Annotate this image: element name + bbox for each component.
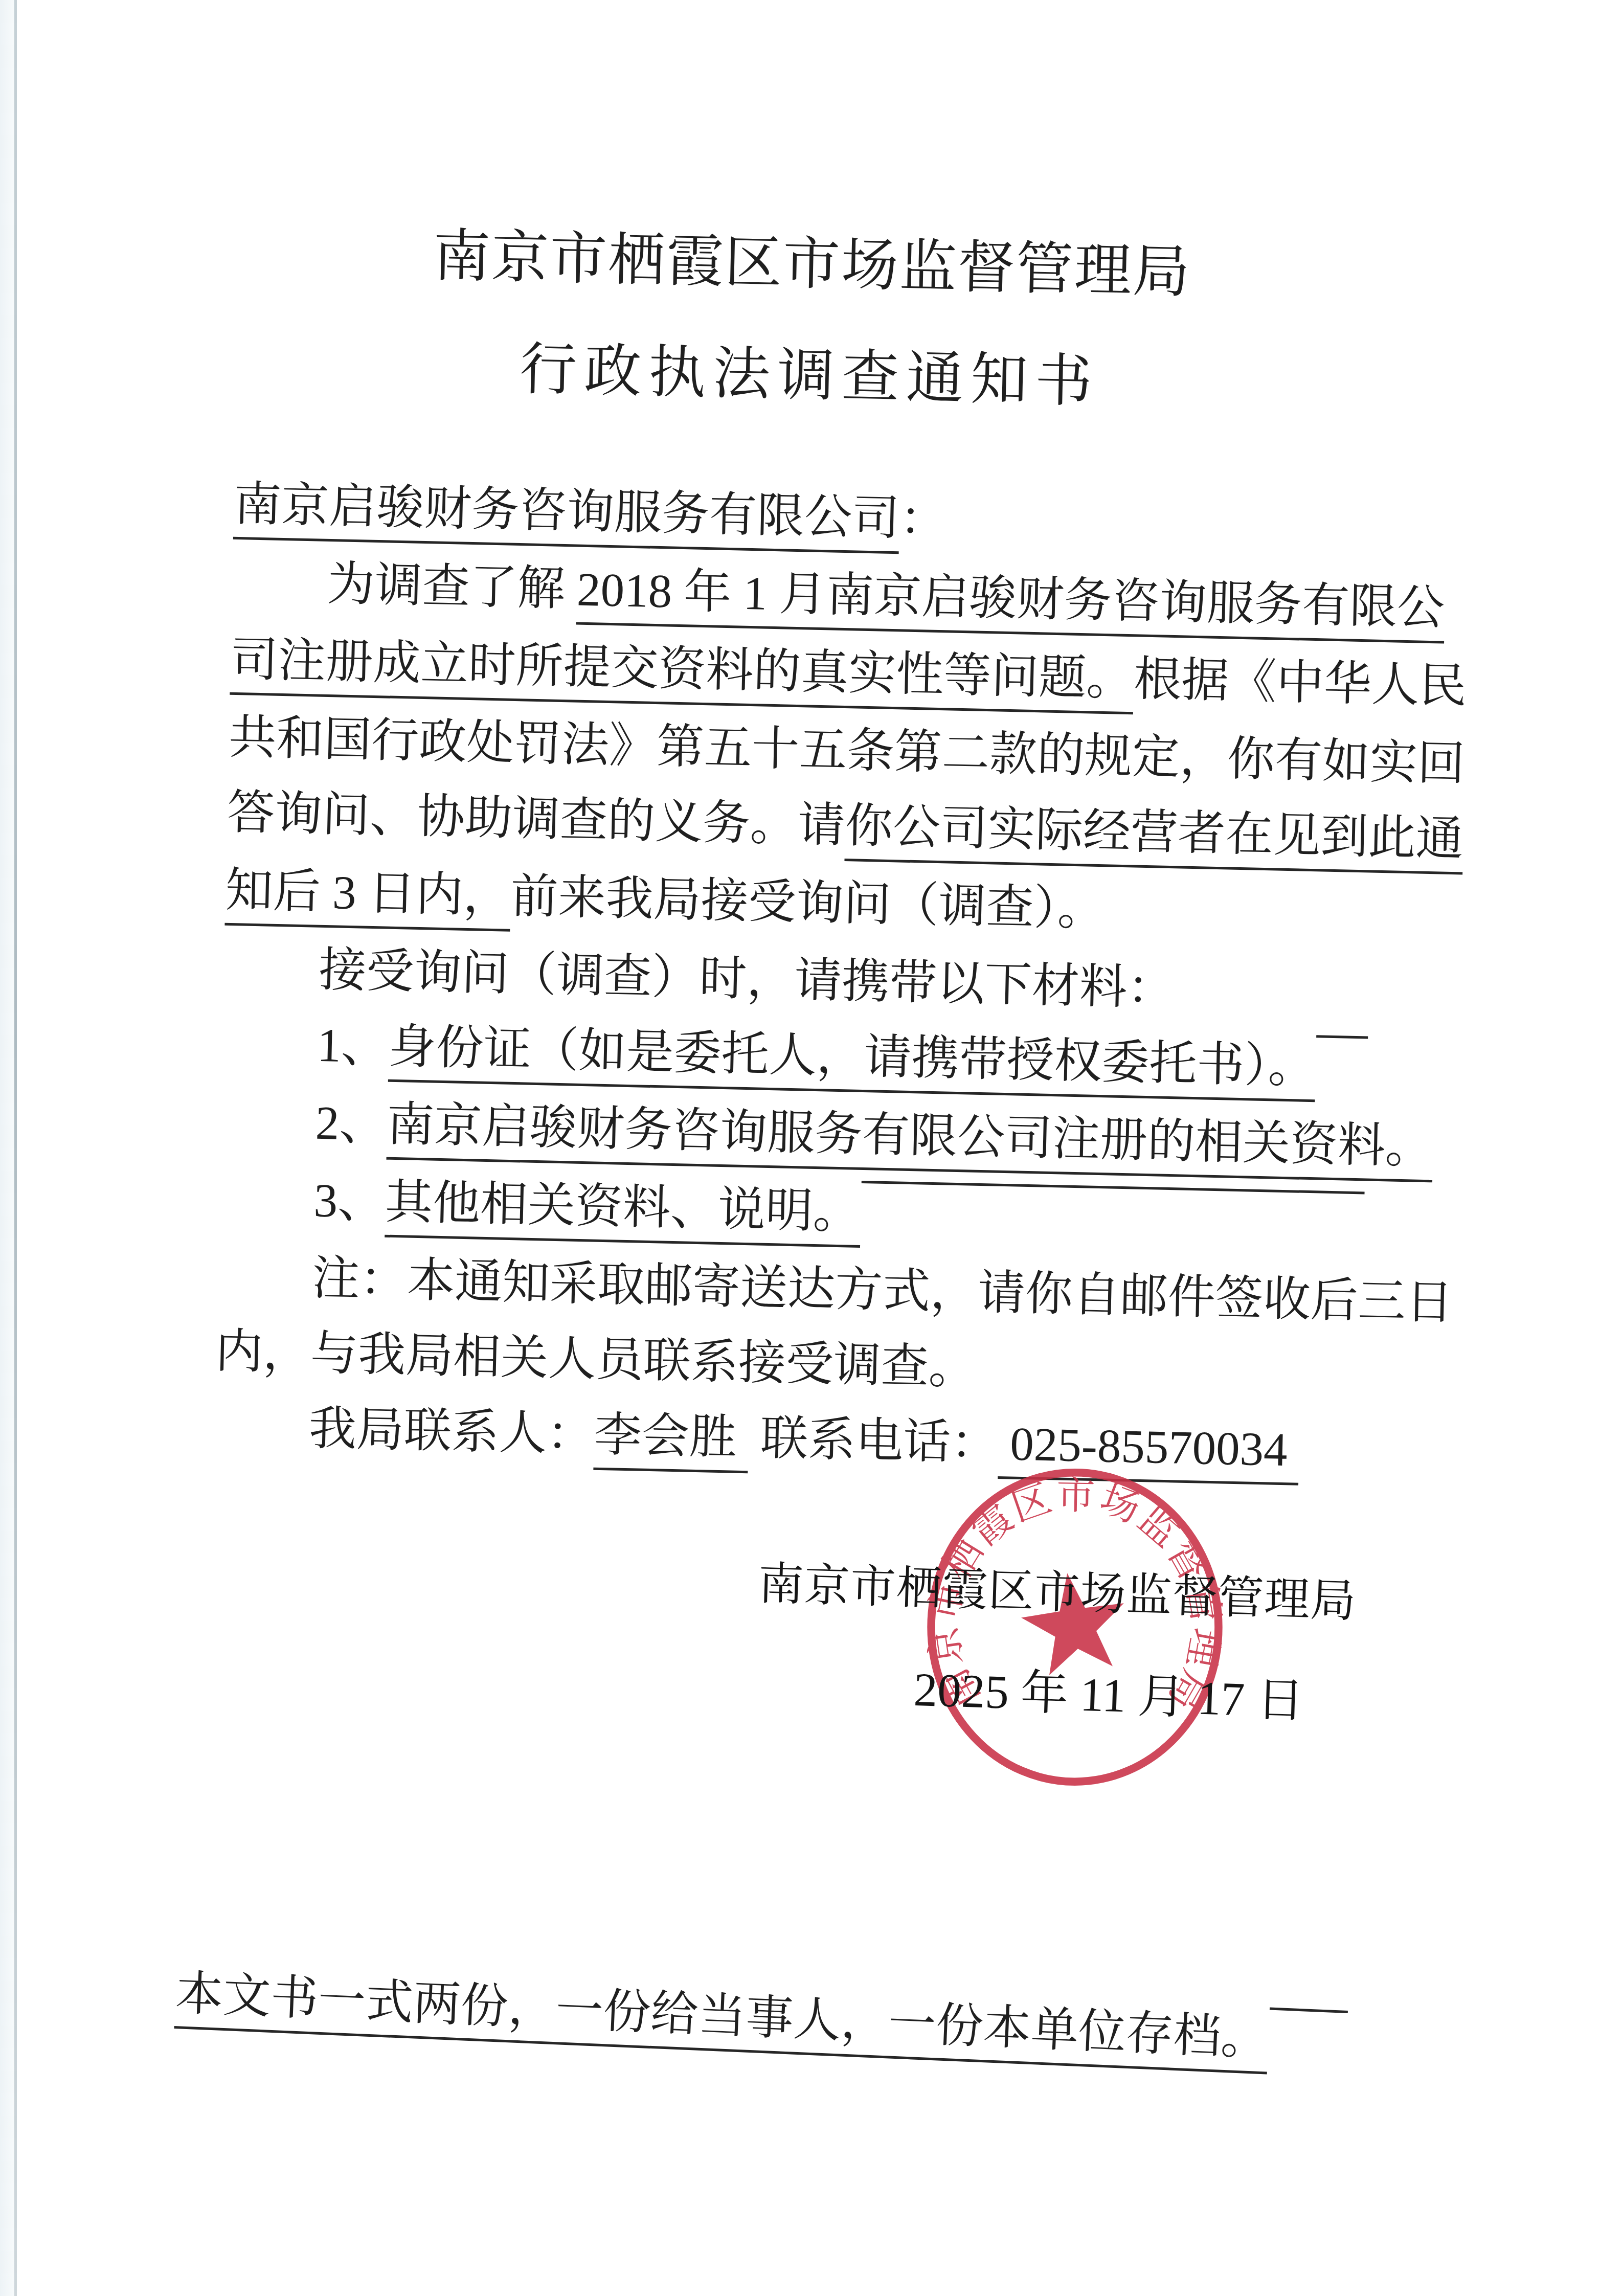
text-segment: 注：本通知采取邮寄送达方式，请你自邮件签收后三日 <box>311 1247 1454 1336</box>
document-content: 南京市栖霞区市场监督管理局 行政执法调查通知书 南京启骏财务咨询服务有限公司：为… <box>213 209 1385 1497</box>
underlined-segment: 南京启骏财务咨询服务有限公司注册的相关资料。 <box>386 1093 1433 1183</box>
body-line: 注：本通知采取邮寄送达方式，请你自邮件签收后三日 <box>216 1245 1363 1334</box>
text-segment: 答询问、协助调查的义务。请 <box>227 781 846 859</box>
text-segment: 1、 <box>317 1014 389 1079</box>
text-segment: 为调查了解 <box>327 552 578 622</box>
underlined-segment: 本文书一式两份，一份给当事人，一份本单位存档。 <box>174 1962 1270 2074</box>
signature-date: 2025 年 11 月 17 日 <box>913 1651 1355 1732</box>
underline-extension <box>1316 1035 1368 1039</box>
text-segment: 前来我局接受询问（调查）。 <box>510 865 1106 942</box>
text-segment: 我局联系人： <box>308 1397 595 1468</box>
body-line: 3、其他相关资料、说明。 <box>218 1167 1364 1259</box>
underlined-segment: 你公司实际经营者在见到此通 <box>844 794 1464 874</box>
body-line: 内，与我局相关人员联系接受调查。 <box>215 1319 1361 1409</box>
text-segment: 2、 <box>315 1091 388 1157</box>
text-segment: 共和国行政处罚法》第五十五条第二款的规定，你有如实回 <box>228 706 1466 797</box>
page-title-line1: 南京市栖霞区市场监督管理局 <box>238 209 1385 321</box>
underline-extension <box>1270 2008 1348 2013</box>
body-line: 为调查了解 2018 年 1 月南京启骏财务咨询服务有限公 <box>232 550 1378 642</box>
underlined-segment: 李会胜 <box>593 1403 749 1474</box>
scanned-document-page: 南京市栖霞区市场监督管理局 行政执法调查通知书 南京启骏财务咨询服务有限公司：为… <box>0 0 1623 2296</box>
scan-edge-tint <box>0 0 15 2296</box>
underlined-segment: 南京启骏财务咨询服务有限公司 <box>233 472 900 554</box>
text-segment: 3、 <box>313 1169 386 1235</box>
body-line: 司注册成立时所提交资料的真实性等问题。根据《中华人民 <box>230 628 1376 720</box>
document-body: 南京启骏财务咨询服务有限公司：为调查了解 2018 年 1 月南京启骏财务咨询服… <box>213 472 1380 1487</box>
text-segment: 内，与我局相关人员联系接受调查。 <box>215 1319 977 1400</box>
text-segment: 根据《中华人民 <box>1133 647 1468 719</box>
text-segment: 接受询问（调查）时，请携带以下材料： <box>318 938 1175 1021</box>
signature-agency: 南京市栖霞区市场监督管理局 <box>757 1547 1357 1630</box>
text-segment: ： <box>899 487 948 552</box>
footer-note: 本文书一式两份，一份给当事人，一份本单位存档。 <box>174 1962 1348 2078</box>
underline-extension <box>861 1181 1364 1194</box>
body-line: 接受询问（调查）时，请携带以下材料： <box>223 936 1369 1026</box>
body-line: 1、身份证（如是委托人，请携带授权委托书）。 <box>221 1011 1368 1104</box>
body-line: 南京启骏财务咨询服务有限公司： <box>233 472 1380 565</box>
body-line: 共和国行政处罚法》第五十五条第二款的规定，你有如实回 <box>228 706 1374 795</box>
underlined-segment: 身份证（如是委托人，请携带授权委托书）。 <box>388 1015 1316 1102</box>
body-line: 2、南京启骏财务咨询服务有限公司注册的相关资料。 <box>220 1089 1366 1181</box>
body-line: 本文书一式两份，一份给当事人，一份本单位存档。 <box>174 1962 1348 2078</box>
underlined-segment: 2018 年 1 月南京启骏财务咨询服务有限公 <box>576 558 1446 644</box>
body-line: 答询问、协助调查的义务。请你公司实际经营者在见到此通 <box>227 781 1373 873</box>
body-line: 知后 3 日内，前来我局接受询问（调查）。 <box>224 859 1371 951</box>
page-title-line2: 行政执法调查通知书 <box>236 320 1383 432</box>
underlined-segment: 其他相关资料、说明。 <box>385 1170 862 1248</box>
scan-edge-line <box>14 0 17 2296</box>
signature-block: 南京市栖霞区市场监督管理局 2025 年 11 月 17 日 <box>754 1547 1357 1732</box>
underlined-segment: 司注册成立时所提交资料的真实性等问题。 <box>230 628 1134 715</box>
underlined-segment: 知后 3 日内， <box>224 859 511 932</box>
